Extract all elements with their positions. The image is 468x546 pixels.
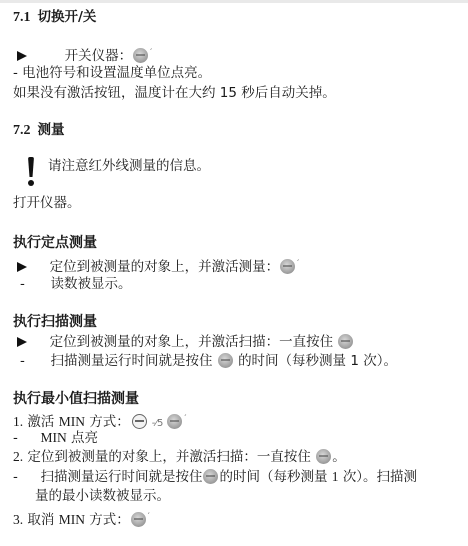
dash-bullet: - [13,469,18,485]
min-keyword: MIN [59,512,85,527]
step-text: 取消 [27,512,54,528]
scan-measurement-result: - 扫描测量运行时间就是按住 的时间（每秒测量 1 次）。 [20,352,397,370]
power-on-step: 开关仪器：′ [17,44,152,65]
ir-warning-text: 请注意红外线测量的信息。 [48,157,210,175]
min-step-3: 3. 取消 MIN 方式：′ [13,508,150,529]
step-text-end: 方式： [89,414,130,430]
step-label: 开关仪器： [65,48,133,64]
measure-button-icon [338,334,353,349]
result-text-mid: 的时间（每秒测量 [219,469,327,485]
step-number: 2. [13,449,23,464]
note-number: 15 [220,85,237,101]
press-mark-icon: ′ [150,44,152,62]
result-text: 扫描测量运行时间就是按住 [50,353,212,369]
spot-measurement-result: - 读数被显示。 [20,275,131,293]
section-title: 测量 [38,122,65,138]
arrow-bullet-icon [17,262,27,272]
result-text: 点亮 [71,430,98,446]
result-number: 1 [350,353,359,369]
dash-bullet: - [20,276,25,292]
min-scan-heading: 执行最小值扫描测量 [13,390,139,408]
measure-button-icon [131,512,146,527]
measure-button-icon [316,449,331,464]
result-text: 读数被显示。 [50,276,131,292]
result-number: 1 [332,469,339,484]
section-title: 切换开/关 [38,9,97,25]
step-text: 定位到被测量的对象上，并激活测量： [50,259,280,275]
min-step-2-result-continued: 量的最小读数被显示。 [35,487,170,505]
step-text: 定位到被测量的对象上，并激活扫描：一直按住 [50,334,334,350]
step-text-end: 。 [332,449,346,465]
scan-measurement-heading: 执行扫描测量 [13,313,97,331]
dash-bullet: - [20,353,25,369]
result-text: 扫描测量运行时间就是按住 [40,469,202,485]
section-7-1-heading: 7.1 切换开/关 [13,8,96,27]
result-text-end: 次）。扫描测 [343,469,417,485]
note-text: 如果没有激活按钮，温度计在大约 [13,85,216,101]
page-top-border [0,0,468,3]
power-on-result: - 电池符号和设置温度单位点亮。 [13,64,211,82]
step-number: 3. [13,512,23,527]
section-7-2-heading: 7.2 测量 [13,121,65,140]
measure-button-icon [218,353,233,368]
arrow-bullet-icon [17,337,27,347]
min-keyword: MIN [40,430,66,445]
spot-measurement-step: 定位到被测量的对象上，并激活测量：′ [17,255,299,276]
turn-on-instrument: 打开仪器。 [13,194,81,212]
press-mark-icon: ′ [297,255,299,273]
section-number: 7.1 [13,10,31,25]
auto-off-note: 如果没有激活按钮，温度计在大约 15 秒后自动关掉。 [13,84,336,102]
min-step-2: 2. 定位到被测量的对象上，并激活扫描：一直按住 。 [13,448,346,466]
hold-duration-icon: -⁄5 [152,418,164,429]
measure-button-icon [203,469,218,484]
section-number: 7.2 [13,123,31,138]
warning-exclamation-icon [27,157,35,187]
step-number: 1. [13,414,23,429]
min-keyword: MIN [59,414,85,429]
min-step-2-result: - 扫描测量运行时间就是按住的时间（每秒测量 1 次）。扫描测 [13,468,417,486]
result-text-end: 次）。 [363,353,397,369]
result-text-mid: 的时间（每秒测量 [238,353,346,369]
note-text-end: 秒后自动关掉。 [241,85,336,101]
min-mode-button-icon [132,414,147,429]
measure-button-icon [133,48,148,63]
measure-button-icon [167,414,182,429]
spot-measurement-heading: 执行定点测量 [13,234,97,252]
step-text: 定位到被测量的对象上，并激活扫描：一直按住 [27,449,311,465]
step-text: 激活 [27,414,54,430]
min-step-1-result: - MIN 点亮 [13,429,98,447]
arrow-bullet-icon [17,51,27,61]
scan-measurement-step: 定位到被测量的对象上，并激活扫描：一直按住 [17,333,354,351]
press-mark-icon: ′ [184,410,186,428]
step-text-end: 方式： [89,512,130,528]
dash-bullet: - [13,430,18,446]
press-mark-icon: ′ [148,508,150,526]
measure-button-icon [280,259,295,274]
